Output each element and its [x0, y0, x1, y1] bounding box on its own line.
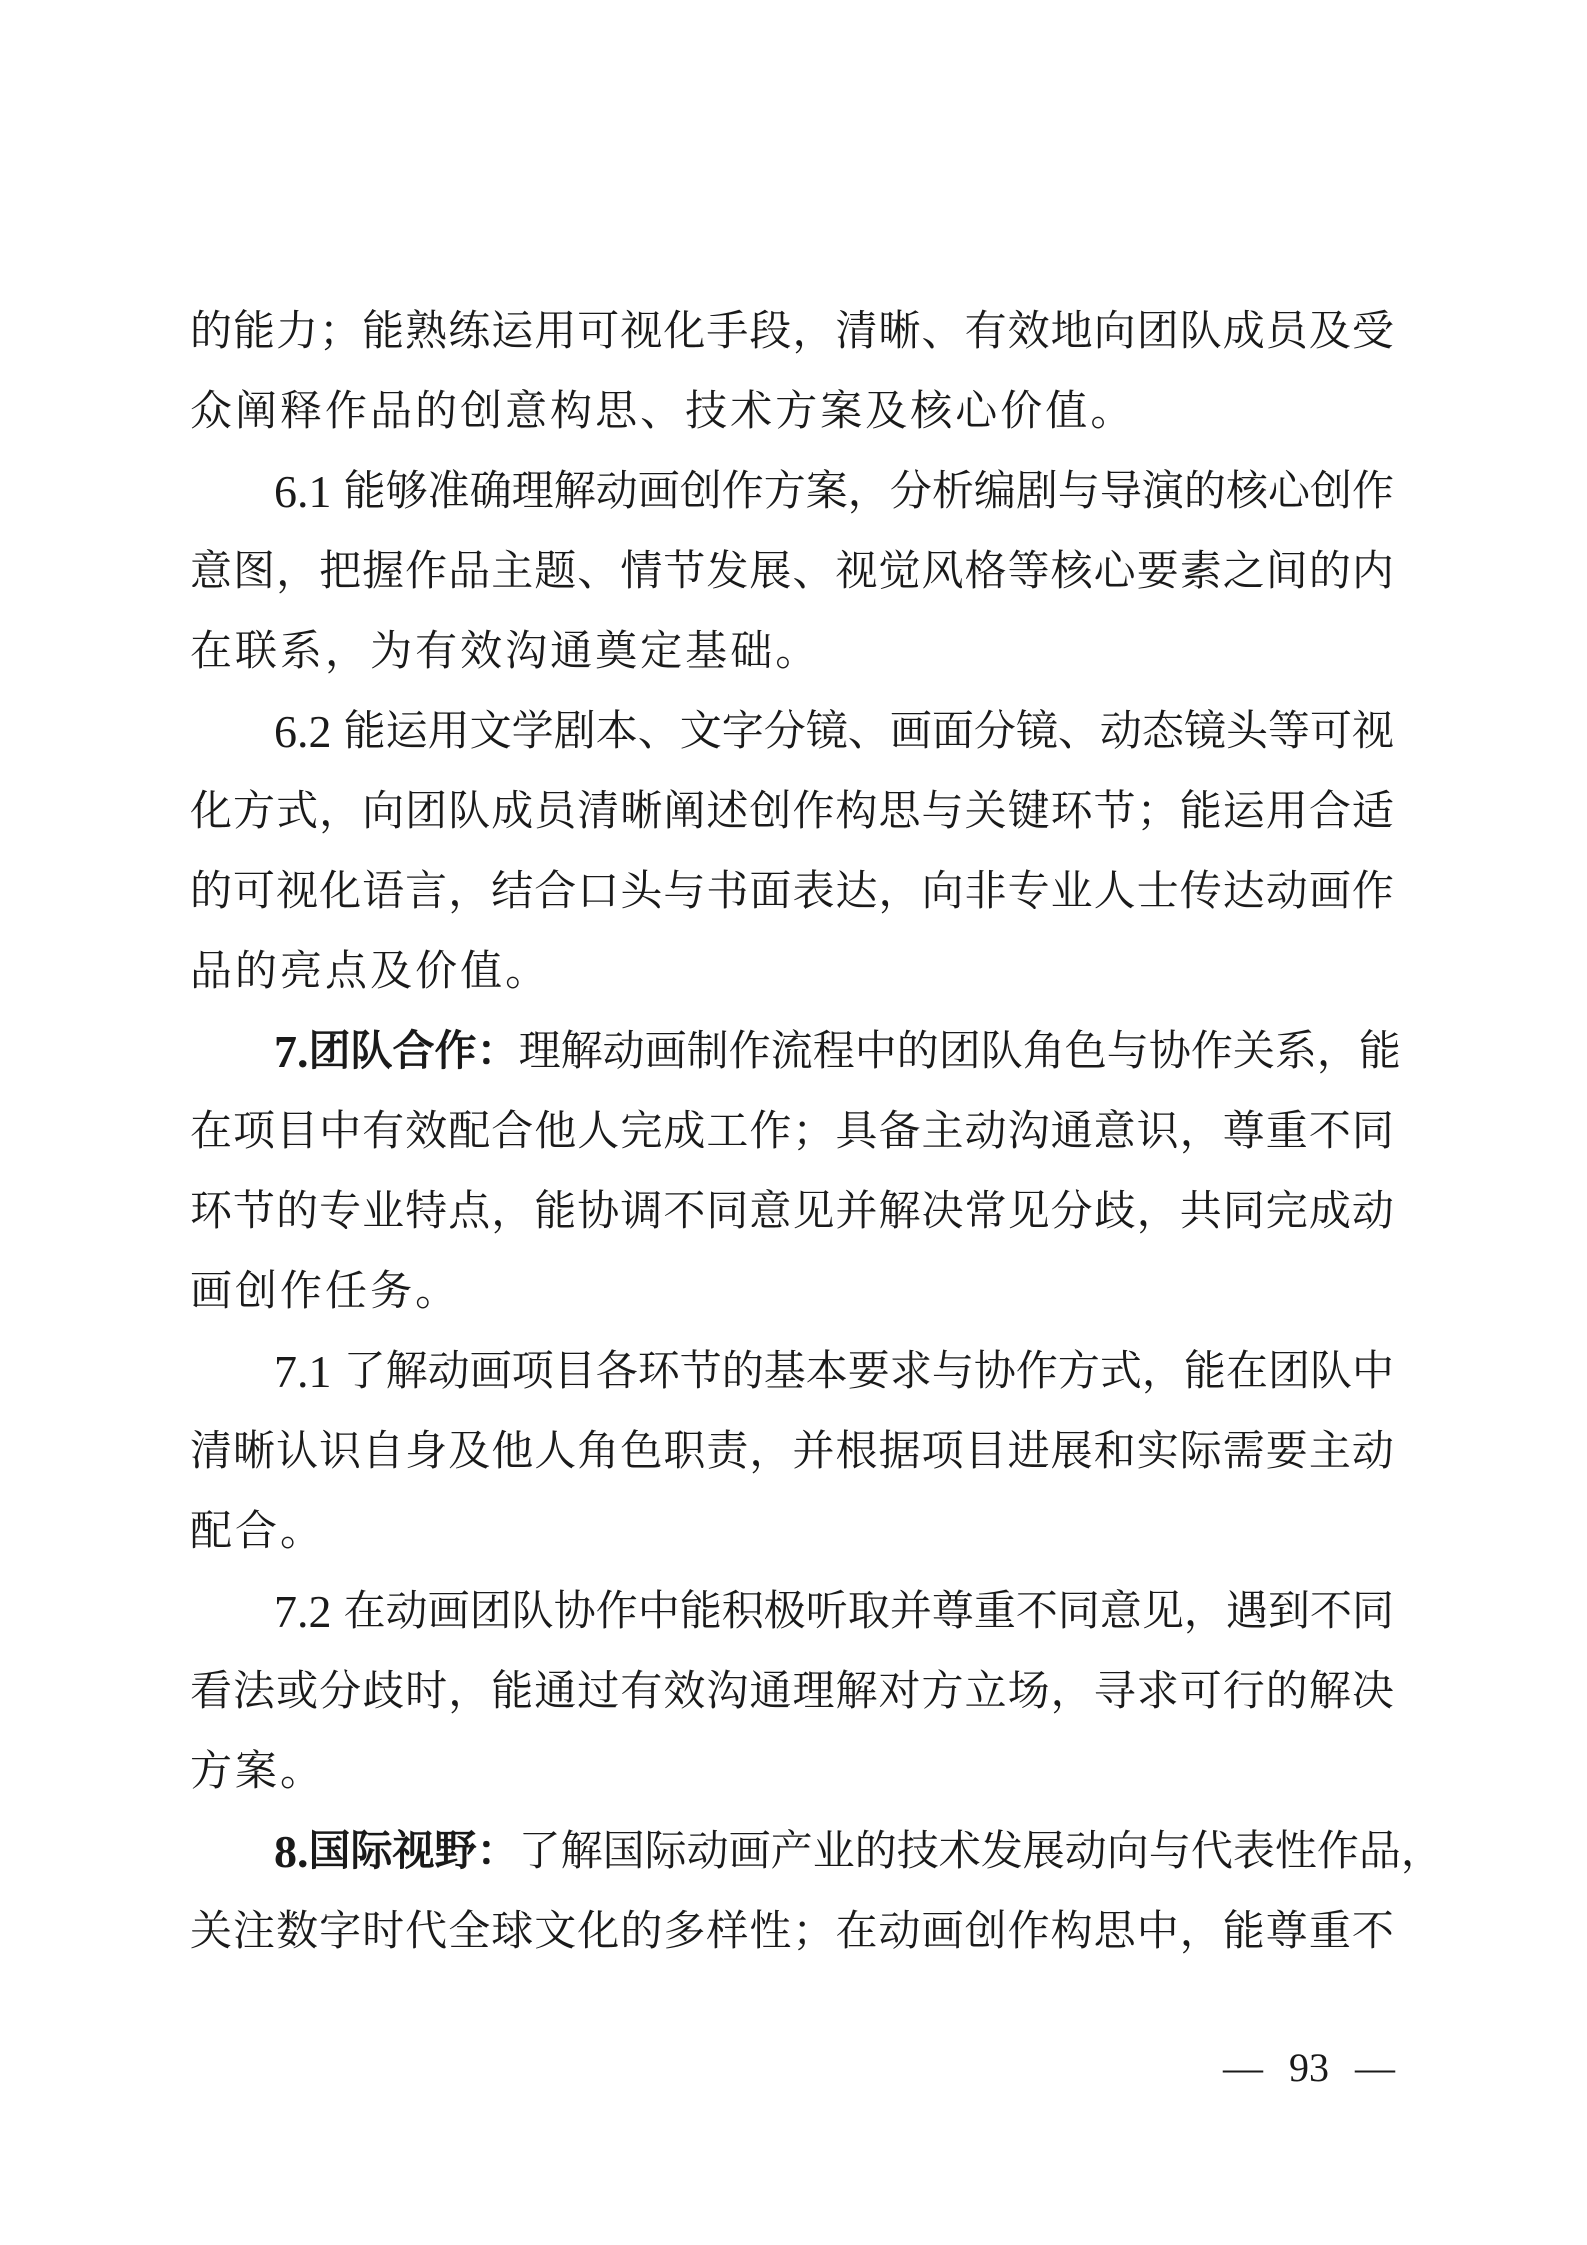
- text-token: 方: [190, 1732, 232, 1812]
- text-token: 案: [235, 1732, 277, 1812]
- text-token: 的: [1309, 532, 1351, 612]
- text-token: 意: [1100, 1572, 1142, 1652]
- text-token: 要: [1137, 532, 1179, 612]
- text-token: 镜: [1016, 692, 1058, 772]
- text-token: 业: [362, 1172, 404, 1252]
- text-token: 思: [1094, 1892, 1136, 1972]
- text-token: 有: [620, 1652, 662, 1732]
- text-token: 项: [233, 1092, 275, 1172]
- text-token: 画: [922, 1892, 964, 1972]
- text-token: 技: [685, 372, 727, 452]
- text-token: 确: [470, 452, 512, 532]
- text-token: 品: [448, 532, 490, 612]
- text-token: 过: [577, 1652, 619, 1732]
- text-token: 歧: [1094, 1172, 1136, 1252]
- text-token: 向: [362, 772, 404, 852]
- text-token: 。: [280, 1492, 322, 1572]
- text-token: 意: [505, 372, 547, 452]
- text-token: 工: [706, 1092, 748, 1172]
- text-line: 的能力；能熟练运用可视化手段，清晰、有效地向团队成员及受: [190, 292, 1394, 372]
- text-token: 够: [386, 452, 428, 532]
- text-token: 学: [512, 692, 554, 772]
- text-token: 、: [638, 692, 680, 772]
- text-token: 把: [319, 532, 361, 612]
- text-token: 见: [792, 1172, 834, 1252]
- text-token: 品: [370, 372, 412, 452]
- text-token: 方: [764, 452, 806, 532]
- text-line: 在联系，为有效沟通奠定基础。: [190, 612, 1394, 692]
- text-token: 作: [792, 772, 834, 852]
- text-token: 题: [534, 532, 576, 612]
- text-token: 视: [276, 852, 318, 932]
- text-token: 力: [276, 292, 318, 372]
- text-token: 传: [1180, 852, 1222, 932]
- text-token: 、: [792, 532, 834, 612]
- text-token: 团: [1268, 1332, 1310, 1412]
- text-token: 方: [233, 772, 275, 852]
- text-token: 或: [276, 1652, 318, 1732]
- text-token: 注: [233, 1892, 275, 1972]
- text-token: 意: [190, 532, 232, 612]
- text-token: 创: [680, 452, 722, 532]
- text-token: 团: [309, 1012, 351, 1092]
- text-token: 人: [1094, 852, 1136, 932]
- text-token: 向: [922, 852, 964, 932]
- text-token: 野: [435, 1812, 477, 1892]
- text-token: 6.2: [274, 692, 332, 772]
- text-token: 能: [680, 1572, 722, 1652]
- text-token: 展: [749, 532, 791, 612]
- text-token: 视: [393, 1812, 435, 1892]
- text-token: 场: [1008, 1652, 1050, 1732]
- text-token: 编: [974, 452, 1016, 532]
- text-token: 格: [965, 532, 1007, 612]
- text-token: 作: [596, 1572, 638, 1652]
- text-token: 要: [1266, 1412, 1308, 1492]
- text-token: 导: [1100, 452, 1142, 532]
- text-space: [332, 1332, 344, 1412]
- text-token: 员: [534, 772, 576, 852]
- text-token: 视: [835, 532, 877, 612]
- text-token: 业: [1051, 852, 1093, 932]
- text-token: 画: [190, 1252, 232, 1332]
- text-token: 专: [319, 1172, 361, 1252]
- text-token: 素: [1180, 532, 1222, 612]
- text-token: 本: [806, 1332, 848, 1412]
- text-token: 口: [577, 852, 619, 932]
- text-token: 画: [890, 692, 932, 772]
- text-token: 在: [344, 1572, 386, 1652]
- text-token: 立: [965, 1652, 1007, 1732]
- text-token: 为: [370, 612, 412, 692]
- text-token: 有: [965, 292, 1007, 372]
- text-token: 责: [706, 1412, 748, 1492]
- text-token: 动: [687, 1812, 729, 1892]
- text-token: 画: [638, 452, 680, 532]
- text-token: 协: [1149, 1012, 1191, 1092]
- text-token: 与: [1107, 1012, 1149, 1092]
- text-token: 了: [519, 1812, 561, 1892]
- text-line: 众阐释作品的创意构思、技术方案及核心价值。: [190, 372, 1394, 452]
- text-token: 中: [319, 1092, 361, 1172]
- text-token: 分: [890, 452, 932, 532]
- text-token: 与: [922, 772, 964, 852]
- text-token: ，: [319, 772, 361, 852]
- text-token: 他: [491, 1412, 533, 1492]
- text-token: 同: [1223, 1172, 1265, 1252]
- text-token: 基: [764, 1332, 806, 1412]
- text-line: 6.1能够准确理解动画创作方案，分析编剧与导演的核心创作: [190, 452, 1394, 532]
- text-token: 案: [806, 452, 848, 532]
- text-token: 的: [190, 852, 232, 932]
- text-token: 决: [922, 1172, 964, 1252]
- text-token: 的: [190, 292, 232, 372]
- text-token: 核: [1226, 452, 1268, 532]
- text-token: 节: [663, 532, 705, 612]
- text-token: 同: [1352, 1092, 1394, 1172]
- text-token: 据: [879, 1412, 921, 1492]
- text-token: 法: [233, 1652, 275, 1732]
- text-token: 在: [1226, 1332, 1268, 1412]
- text-token: 创: [460, 372, 502, 452]
- text-token: 极: [764, 1572, 806, 1652]
- text-token: 目: [276, 1092, 318, 1172]
- text-token: 业: [813, 1812, 855, 1892]
- text-token: 团: [405, 772, 447, 852]
- text-token: 品: [1359, 1812, 1401, 1892]
- text-token: 式: [276, 772, 318, 852]
- text-token: 点: [448, 1172, 490, 1252]
- text-token: 键: [1008, 772, 1050, 852]
- text-token: 手: [706, 292, 748, 372]
- text-token: 理: [792, 1652, 834, 1732]
- text-token: ，: [792, 292, 834, 372]
- text-token: 尊: [1223, 1092, 1265, 1172]
- text-token: 及: [865, 372, 907, 452]
- text-token: 晰: [879, 292, 921, 372]
- text-token: 对: [879, 1652, 921, 1732]
- text-token: 表: [1233, 1812, 1275, 1892]
- text-token: 认: [276, 1412, 318, 1492]
- text-token: 配: [190, 1492, 232, 1572]
- text-token: 练: [448, 292, 490, 372]
- text-line: 画创作任务。: [190, 1252, 1394, 1332]
- text-token: 分: [319, 1652, 361, 1732]
- text-token: 价: [415, 932, 457, 1012]
- text-token: 程: [813, 1012, 855, 1092]
- text-token: 与: [932, 1332, 974, 1412]
- text-token: 本: [596, 692, 638, 772]
- text-token: 用: [534, 292, 576, 372]
- text-token: 剧: [554, 692, 596, 772]
- text-token: 释: [280, 372, 322, 452]
- text-token: 思: [879, 772, 921, 852]
- text-token: 常: [965, 1172, 1007, 1252]
- text-token: 职: [663, 1412, 705, 1492]
- text-token: 见: [1008, 1172, 1050, 1252]
- text-token: 不: [1310, 1572, 1352, 1652]
- text-token: 合: [235, 1492, 277, 1572]
- text-token: 分: [974, 692, 1016, 772]
- text-token: 同: [1352, 1572, 1394, 1652]
- text-token: 值: [460, 932, 502, 1012]
- text-token: 动: [1065, 1812, 1107, 1892]
- text-token: ，: [276, 532, 318, 612]
- text-token: 向: [1094, 292, 1136, 372]
- text-token: 多: [663, 1892, 705, 1972]
- text-token: 可: [577, 292, 619, 372]
- text-token: 积: [722, 1572, 764, 1652]
- text-token: 结: [491, 852, 533, 932]
- text-token: 7.1: [274, 1332, 332, 1412]
- text-token: 6.1: [274, 452, 332, 532]
- text-token: 发: [981, 1812, 1023, 1892]
- text-token: 作: [1191, 1012, 1233, 1092]
- text-token: 效: [405, 1092, 447, 1172]
- text-token: 画: [645, 1012, 687, 1092]
- text-line: 的可视化语言，结合口头与书面表达，向非专业人士传达动画作: [190, 852, 1394, 932]
- text-token: 成: [1309, 1172, 1351, 1252]
- text-token: 并: [835, 1172, 877, 1252]
- text-line: 清晰认识自身及他人角色职责，并根据项目进展和实际需要主动: [190, 1412, 1394, 1492]
- text-token: 项: [512, 1332, 554, 1412]
- text-token: 内: [1352, 532, 1394, 612]
- text-token: 达: [1223, 852, 1265, 932]
- text-token: 与: [1058, 452, 1100, 532]
- text-token: ；: [319, 292, 361, 372]
- text-token: 及: [448, 1412, 490, 1492]
- text-token: 动: [428, 1332, 470, 1412]
- text-token: 文: [534, 1892, 576, 1972]
- text-token: 间: [1266, 532, 1308, 612]
- text-token: 能: [233, 292, 275, 372]
- text-token: ，: [1184, 1572, 1226, 1652]
- text-token: 同: [706, 1172, 748, 1252]
- text-token: 流: [771, 1012, 813, 1092]
- text-token: 动: [1352, 1172, 1394, 1252]
- text-token: 主: [922, 1092, 964, 1172]
- text-token: 创: [1310, 452, 1352, 532]
- text-token: 合: [491, 1092, 533, 1172]
- text-token: 可: [1310, 692, 1352, 772]
- text-token: 品: [190, 932, 232, 1012]
- text-token: 面: [749, 852, 791, 932]
- text-token: 分: [1051, 1172, 1093, 1252]
- text-token: 协: [974, 1332, 1016, 1412]
- text-token: 色: [1065, 1012, 1107, 1092]
- text-token: 色: [620, 1412, 662, 1492]
- text-token: 段: [749, 292, 791, 372]
- text-token: 熟: [405, 292, 447, 372]
- text-token: 能: [534, 1172, 576, 1252]
- text-token: 。: [775, 612, 817, 692]
- text-token: 有: [362, 1092, 404, 1172]
- text-token: 及: [370, 932, 412, 1012]
- text-token: ，: [325, 612, 367, 692]
- text-token: 受: [1352, 292, 1394, 372]
- text-token: 重: [1266, 1092, 1308, 1172]
- text-token: 并: [890, 1572, 932, 1652]
- text-token: 觉: [879, 532, 921, 612]
- text-line: 6.2能运用文学剧本、文字分镜、画面分镜、动态镜头等可视: [190, 692, 1394, 772]
- text-token: 动: [603, 1012, 645, 1092]
- text-token: 态: [1142, 692, 1184, 772]
- text-token: 产: [771, 1812, 813, 1892]
- text-token: ；: [1137, 772, 1179, 852]
- text-token: 文: [470, 692, 512, 772]
- text-token: 画: [1309, 852, 1351, 932]
- text-token: 准: [428, 452, 470, 532]
- text-token: 众: [190, 372, 232, 452]
- text-token: 要: [848, 1332, 890, 1412]
- text-token: 求: [1137, 1652, 1179, 1732]
- text-token: 定: [640, 612, 682, 692]
- text-token: 作: [280, 1252, 322, 1332]
- text-token: 动: [596, 452, 638, 532]
- text-token: 意: [1094, 1092, 1136, 1172]
- text-token: 人: [577, 1092, 619, 1172]
- text-token: 各: [596, 1332, 638, 1412]
- text-token: 地: [1051, 292, 1093, 372]
- text-token: ，: [1180, 1892, 1222, 1972]
- text-token: 国: [603, 1812, 645, 1892]
- text-token: 解: [879, 1172, 921, 1252]
- text-token: 案: [820, 372, 862, 452]
- text-token: 效: [1008, 292, 1050, 372]
- text-token: 备: [879, 1092, 921, 1172]
- text-token: 解: [386, 1332, 428, 1412]
- text-token: 能: [1180, 772, 1222, 852]
- document-body: 的能力；能熟练运用可视化手段，清晰、有效地向团队成员及受众阐释作品的创意构思、技…: [190, 292, 1394, 1972]
- text-token: 头: [1226, 692, 1268, 772]
- text-token: 、: [640, 372, 682, 452]
- text-token: 合: [393, 1012, 435, 1092]
- text-token: 等: [1268, 692, 1310, 772]
- text-token: 阐: [235, 372, 277, 452]
- text-token: 重: [1309, 1892, 1351, 1972]
- text-token: 身: [405, 1412, 447, 1492]
- text-token: 联: [235, 612, 277, 692]
- text-token: 镜: [806, 692, 848, 772]
- text-token: 的: [276, 1172, 318, 1252]
- text-token: 的: [235, 932, 277, 1012]
- text-token: 士: [1137, 852, 1179, 932]
- text-token: 述: [706, 772, 748, 852]
- text-token: 用: [428, 692, 470, 772]
- text-token: 主: [1309, 1412, 1351, 1492]
- text-token: 术: [939, 1812, 981, 1892]
- text-token: 关: [190, 1892, 232, 1972]
- text-token: 同: [1058, 1572, 1100, 1652]
- text-token: 环: [190, 1172, 232, 1252]
- text-token: 具: [835, 1092, 877, 1172]
- text-token: 环: [1051, 772, 1093, 852]
- text-token: 、: [577, 532, 619, 612]
- text-token: 队: [981, 1012, 1023, 1092]
- text-token: 发: [706, 532, 748, 612]
- text-token: 尊: [1266, 1892, 1308, 1972]
- text-token: 用: [1266, 772, 1308, 852]
- text-token: 共: [1180, 1172, 1222, 1252]
- text-line: 看法或分歧时，能通过有效沟通理解对方立场，寻求可行的解决: [190, 1652, 1394, 1732]
- text-token: 取: [848, 1572, 890, 1652]
- text-token: 创: [749, 772, 791, 852]
- text-token: 与: [1149, 1812, 1191, 1892]
- text-token: 时: [405, 1652, 447, 1732]
- text-token: 之: [1223, 532, 1265, 612]
- page-number: 93: [1289, 2038, 1329, 2098]
- text-token: 理: [519, 1012, 561, 1092]
- text-token: 节: [680, 1332, 722, 1412]
- text-line: 意图，把握作品主题、情节发展、视觉风格等核心要素之间的内: [190, 532, 1394, 612]
- text-token: 行: [1223, 1652, 1265, 1732]
- text-token: 点: [325, 932, 367, 1012]
- text-token: ，: [491, 1172, 533, 1252]
- text-token: ，: [1142, 1332, 1184, 1412]
- text-token: 能: [362, 292, 404, 372]
- text-token: 技: [897, 1812, 939, 1892]
- text-token: 务: [370, 1252, 412, 1332]
- text-token: 识: [1137, 1092, 1179, 1172]
- text-token: ；: [792, 1092, 834, 1172]
- text-token: 成: [1223, 292, 1265, 372]
- text-token: 8.: [274, 1812, 309, 1892]
- text-token: 创: [965, 1892, 1007, 1972]
- text-token: 可: [1180, 1652, 1222, 1732]
- text-token: 求: [890, 1332, 932, 1412]
- text-space: [332, 1572, 344, 1652]
- text-token: ：: [477, 1012, 519, 1092]
- text-token: ：: [477, 1812, 519, 1892]
- text-token: 7.: [274, 1012, 309, 1092]
- text-token: ，: [1317, 1012, 1359, 1092]
- text-token: 到: [1268, 1572, 1310, 1652]
- text-token: 作: [749, 1092, 791, 1172]
- text-token: 性: [749, 1892, 791, 1972]
- text-token: 作: [1317, 1812, 1359, 1892]
- text-token: 际: [645, 1812, 687, 1892]
- text-token: 中: [638, 1572, 680, 1652]
- text-token: 及: [1309, 292, 1351, 372]
- text-token: 7.2: [274, 1572, 332, 1652]
- text-token: 能: [1223, 1892, 1265, 1972]
- text-token: 专: [1008, 852, 1050, 932]
- text-token: 中: [1352, 1332, 1394, 1412]
- text-token: 等: [1008, 532, 1050, 612]
- text-token: 作: [729, 1012, 771, 1092]
- text-token: 值: [1045, 372, 1087, 452]
- text-token: 在: [190, 612, 232, 692]
- text-token: 代: [1191, 1812, 1233, 1892]
- text-token: ，: [1137, 1172, 1179, 1252]
- text-token: 的: [722, 1332, 764, 1412]
- text-token: 演: [1142, 452, 1184, 532]
- text-token: 系: [280, 612, 322, 692]
- text-token: 特: [405, 1172, 447, 1252]
- text-token: 环: [638, 1332, 680, 1412]
- text-token: 风: [922, 532, 964, 612]
- text-token: 画: [470, 1332, 512, 1412]
- text-token: 的: [1184, 452, 1226, 532]
- text-token: ；: [792, 1892, 834, 1972]
- text-token: 础: [730, 612, 772, 692]
- text-token: 能: [1184, 1332, 1226, 1412]
- text-token: 寻: [1094, 1652, 1136, 1732]
- text-token: 国: [309, 1812, 351, 1892]
- text-token: 基: [685, 612, 727, 692]
- text-token: 价: [1000, 372, 1042, 452]
- text-token: 展: [1023, 1812, 1065, 1892]
